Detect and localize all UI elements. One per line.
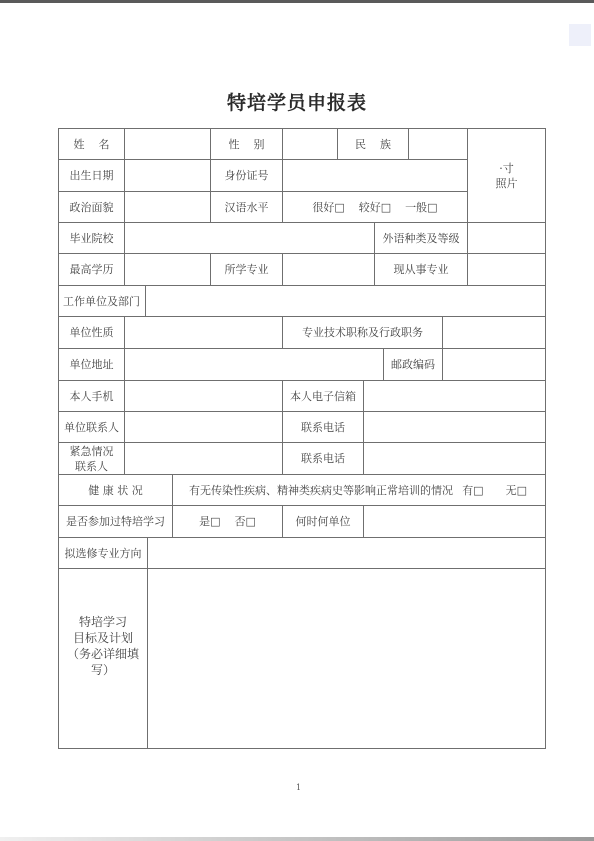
page-title: 特培学员申报表 <box>0 88 594 115</box>
when-where-label: 何时何单位 <box>282 505 364 538</box>
health-question-row: 有无传染性疾病、精神类疾病史等影响正常培训的情况 有□ 无□ <box>172 474 546 506</box>
when-where-field[interactable] <box>363 505 546 538</box>
intended-major-field[interactable] <box>147 537 546 569</box>
goals-field[interactable] <box>147 568 546 749</box>
unit-nature-label: 单位性质 <box>58 316 125 349</box>
chinese-level-label: 汉语水平 <box>210 191 283 223</box>
work-unit-label: 工作单位及部门 <box>58 285 146 317</box>
title-position-field[interactable] <box>442 316 546 349</box>
scan-bottom-edge <box>0 837 594 841</box>
health-no-checkbox[interactable]: 无□ <box>506 483 527 498</box>
contact-phone-field[interactable] <box>363 411 546 443</box>
foreign-language-label: 外语种类及等级 <box>374 222 468 254</box>
unit-address-label: 单位地址 <box>58 348 125 381</box>
emergency-contact-field[interactable] <box>124 442 283 475</box>
chinese-level-checkboxes[interactable]: 很好□ 较好□ 一般□ <box>282 191 468 223</box>
postal-code-label: 邮政编码 <box>383 348 443 381</box>
political-status-field[interactable] <box>124 191 211 223</box>
birthdate-field[interactable] <box>124 159 211 192</box>
page-number: 1 <box>296 783 301 792</box>
health-label: 健 康 状 况 <box>58 474 173 506</box>
scan-artifact <box>569 24 591 46</box>
id-number-label: 身份证号 <box>210 159 283 192</box>
name-label: 姓 名 <box>58 128 125 160</box>
email-label: 本人电子信箱 <box>282 380 364 412</box>
ethnicity-label: 民 族 <box>337 128 409 160</box>
health-yes-checkbox[interactable]: 有□ <box>462 483 483 498</box>
prior-training-checkboxes[interactable]: 是□ 否□ <box>172 505 283 538</box>
current-profession-label: 现从事专业 <box>374 253 468 286</box>
mobile-field[interactable] <box>124 380 283 412</box>
graduated-school-field[interactable] <box>124 222 375 254</box>
highest-education-label: 最高学历 <box>58 253 125 286</box>
major-label: 所学专业 <box>210 253 283 286</box>
unit-address-field[interactable] <box>124 348 384 381</box>
photo-box[interactable]: ·寸 照片 <box>467 128 546 223</box>
name-field[interactable] <box>124 128 211 160</box>
gender-label: 性 别 <box>210 128 283 160</box>
contact-phone-label: 联系电话 <box>282 411 364 443</box>
foreign-language-field[interactable] <box>467 222 546 254</box>
political-status-label: 政治面貌 <box>58 191 125 223</box>
prior-training-label: 是否参加过特培学习 <box>58 505 173 538</box>
emergency-contact-label: 紧急情况 联系人 <box>58 442 125 475</box>
graduated-school-label: 毕业院校 <box>58 222 125 254</box>
highest-education-field[interactable] <box>124 253 211 286</box>
postal-code-field[interactable] <box>442 348 546 381</box>
current-profession-field[interactable] <box>467 253 546 286</box>
ethnicity-field[interactable] <box>408 128 468 160</box>
unit-contact-label: 单位联系人 <box>58 411 125 443</box>
work-unit-field[interactable] <box>145 285 546 317</box>
mobile-label: 本人手机 <box>58 380 125 412</box>
title-position-label: 专业技术职称及行政职务 <box>282 316 443 349</box>
unit-nature-field[interactable] <box>124 316 283 349</box>
photo-label: ·寸 照片 <box>496 161 518 191</box>
major-field[interactable] <box>282 253 375 286</box>
emergency-phone-field[interactable] <box>363 442 546 475</box>
goals-label: 特培学习 目标及计划 （务必详细填 写） <box>58 568 148 749</box>
email-field[interactable] <box>363 380 546 412</box>
unit-contact-field[interactable] <box>124 411 283 443</box>
scan-top-edge <box>0 0 594 3</box>
emergency-phone-label: 联系电话 <box>282 442 364 475</box>
health-question: 有无传染性疾病、精神类疾病史等影响正常培训的情况 <box>189 483 453 498</box>
id-number-field[interactable] <box>282 159 468 192</box>
birthdate-label: 出生日期 <box>58 159 125 192</box>
gender-field[interactable] <box>282 128 338 160</box>
intended-major-label: 拟选修专业方向 <box>58 537 148 569</box>
